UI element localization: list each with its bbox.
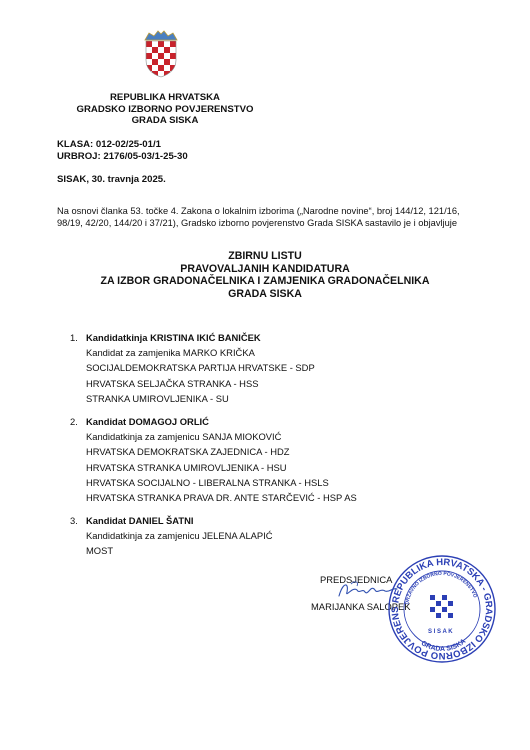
candidate-number: 2. xyxy=(70,414,78,429)
party: HRVATSKA SELJAČKA STRANKA - HSS xyxy=(86,376,315,391)
document-title: ZBIRNU LISTU PRAVOVALJANIH KANDIDATURA Z… xyxy=(0,250,530,300)
party: MOST xyxy=(86,543,273,558)
candidate-name: Kandidat DANIEL ŠATNI xyxy=(86,513,273,528)
deputy-name: Kandidat za zamjenika MARKO KRIČKA xyxy=(86,345,315,360)
issuer-header: REPUBLIKA HRVATSKA GRADSKO IZBORNO POVJE… xyxy=(0,92,330,127)
candidate-number: 1. xyxy=(70,330,78,345)
candidate-name: Kandidat DOMAGOJ ORLIĆ xyxy=(86,414,357,429)
party: HRVATSKA DEMOKRATSKA ZAJEDNICA - HDZ xyxy=(86,444,357,459)
title-line-3: ZA IZBOR GRADONAČELNIKA I ZAMJENIKA GRAD… xyxy=(0,275,530,288)
party: SOCIJALDEMOKRATSKA PARTIJA HRVATSKE - SD… xyxy=(86,360,315,375)
title-line-4: GRADA SISKA xyxy=(0,288,530,301)
svg-text:S I S A K: S I S A K xyxy=(428,629,453,635)
title-line-2: PRAVOVALJANIH KANDIDATURA xyxy=(0,263,530,276)
document-reference: KLASA: 012-02/25-01/1 URBROJ: 2176/05-03… xyxy=(57,139,188,162)
intro-line-1: Na osnovi članka 53. točke 4. Zakona o l… xyxy=(57,205,497,217)
candidate-entry-2: 2. Kandidat DOMAGOJ ORLIĆ Kandidatkinja … xyxy=(70,414,357,505)
croatian-coat-of-arms-icon xyxy=(143,30,179,78)
candidate-entry-3: 3. Kandidat DANIEL ŠATNI Kandidatkinja z… xyxy=(70,513,273,559)
document-date: SISAK, 30. travnja 2025. xyxy=(57,174,166,185)
intro-paragraph: Na osnovi članka 53. točke 4. Zakona o l… xyxy=(57,205,497,229)
party: STRANKA UMIROVLJENIKA - SU xyxy=(86,391,315,406)
title-line-1: ZBIRNU LISTU xyxy=(0,250,530,263)
deputy-name: Kandidatkinja za zamjenicu SANJA MIOKOVI… xyxy=(86,429,357,444)
candidate-name: Kandidatkinja KRISTINA IKIĆ BANIČEK xyxy=(86,330,315,345)
party: HRVATSKA STRANKA PRAVA DR. ANTE STARČEVI… xyxy=(86,490,357,505)
header-line-city: GRADA SISKA xyxy=(0,115,330,127)
candidate-number: 3. xyxy=(70,513,78,528)
candidate-entry-1: 1. Kandidatkinja KRISTINA IKIĆ BANIČEK K… xyxy=(70,330,315,406)
header-line-commission: GRADSKO IZBORNO POVJERENSTVO xyxy=(0,104,330,116)
urbroj: URBROJ: 2176/05-03/1-25-30 xyxy=(57,151,188,163)
party: HRVATSKA STRANKA UMIROVLJENIKA - HSU xyxy=(86,460,357,475)
klasa: KLASA: 012-02/25-01/1 xyxy=(57,139,188,151)
official-stamp-icon: REPUBLIKA HRVATSKA - GRADSKO IZBORNO POV… xyxy=(386,553,498,665)
header-line-republic: REPUBLIKA HRVATSKA xyxy=(0,92,330,104)
intro-line-2: 98/19, 42/20, 144/20 i 37/21), Gradsko i… xyxy=(57,217,497,229)
party: HRVATSKA SOCIJALNO - LIBERALNA STRANKA -… xyxy=(86,475,357,490)
deputy-name: Kandidatkinja za zamjenicu JELENA ALAPIĆ xyxy=(86,528,273,543)
